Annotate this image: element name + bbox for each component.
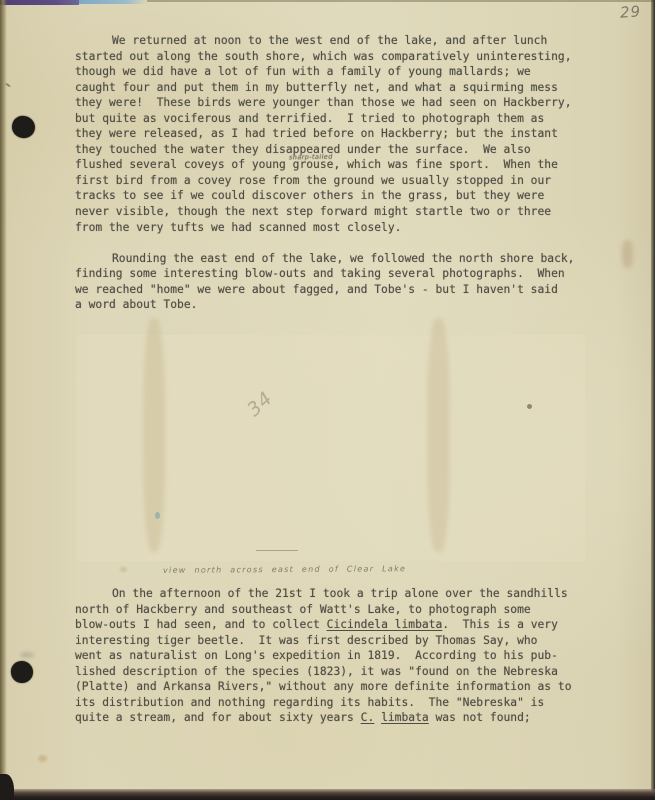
- typed-line: but quite as vociferous and terrified. I…: [75, 111, 600, 127]
- typed-line: quite a stream, and for about sixty year…: [75, 710, 600, 726]
- foxing-spot: [120, 567, 127, 572]
- typed-text-lower: On the afternoon of the 21st I took a tr…: [75, 586, 600, 726]
- typed-line: first bird from a covey rose from the gr…: [75, 173, 600, 189]
- foxing-spot: [38, 755, 47, 762]
- scan-edge-bottom: [0, 789, 655, 800]
- typed-line: On the afternoon of the 21st I took a tr…: [75, 586, 600, 602]
- tape-smudge-margin: [622, 240, 633, 268]
- typed-line: caught four and put them in my butterfly…: [75, 80, 600, 96]
- typed-line: lished description of the species (1823)…: [75, 664, 600, 680]
- interlinear-pencil-note: sharp-tailed: [289, 149, 333, 165]
- scan-edge-top-line: [147, 0, 655, 2]
- typed-line: flushed several coveys of young grousesh…: [75, 157, 600, 173]
- scan-edge-left: [0, 0, 7, 800]
- typed-line: we reached "home" we were about fagged, …: [75, 282, 600, 298]
- scan-edge-top-blue: [79, 0, 147, 4]
- brown-speck: [527, 404, 532, 409]
- photo-ghost-line: [256, 550, 298, 551]
- journal-page: 29 34 view north across east end of Clea…: [0, 0, 655, 800]
- scan-edge-right: [651, 0, 655, 800]
- typed-line: they touched the water they disappeared …: [75, 142, 600, 158]
- typed-line: its distribution and nothing regarding i…: [75, 695, 600, 711]
- typed-line: finding some interesting blow-outs and t…: [75, 266, 600, 282]
- ink-dot-bottom: [10, 660, 35, 685]
- typed-line: from the very tufts we had scanned most …: [75, 220, 600, 236]
- typed-line: blow-outs I had seen, and to collect Cic…: [75, 617, 600, 633]
- paragraph: On the afternoon of the 21st I took a tr…: [75, 586, 600, 726]
- tape-smudge-left: [143, 318, 165, 552]
- typed-line: We returned at noon to the west end of t…: [75, 33, 600, 49]
- typed-line: they were! These birds were younger than…: [75, 95, 600, 111]
- handwritten-page-number: 29: [619, 2, 641, 21]
- gray-smudge: [20, 652, 34, 658]
- typed-line: went as naturalist on Long's expedition …: [75, 648, 600, 664]
- typed-text-upper: We returned at noon to the west end of t…: [75, 33, 600, 313]
- paragraph: We returned at noon to the west end of t…: [75, 33, 600, 235]
- blue-speck: [155, 512, 160, 519]
- ink-dot-top: [10, 114, 37, 140]
- typed-line: though we did have a lot of fun with a f…: [75, 64, 600, 80]
- scan-corner-bottom-left: [0, 774, 14, 800]
- typed-line: tracks to see if we could discover other…: [75, 188, 600, 204]
- typed-line: north of Hackberry and southeast of Watt…: [75, 602, 600, 618]
- typed-line: a word about Tobe.: [75, 297, 600, 313]
- typed-line: (Platte) and Arkansa Rivers," without an…: [75, 679, 600, 695]
- tape-smudge-right: [427, 318, 450, 552]
- typed-line: never visible, though the next step forw…: [75, 204, 600, 220]
- typed-line: started out along the south shore, which…: [75, 49, 600, 65]
- paragraph: Rounding the east end of the lake, we fo…: [75, 251, 600, 313]
- typed-line: Rounding the east end of the lake, we fo…: [75, 251, 600, 267]
- scan-edge-top-purple: [0, 0, 79, 5]
- typed-line: they were released, as I had tried befor…: [75, 126, 600, 142]
- handwritten-photo-caption: view north across east end of Clear Lake: [163, 564, 406, 575]
- typed-line: interesting tiger beetle. It was first d…: [75, 633, 600, 649]
